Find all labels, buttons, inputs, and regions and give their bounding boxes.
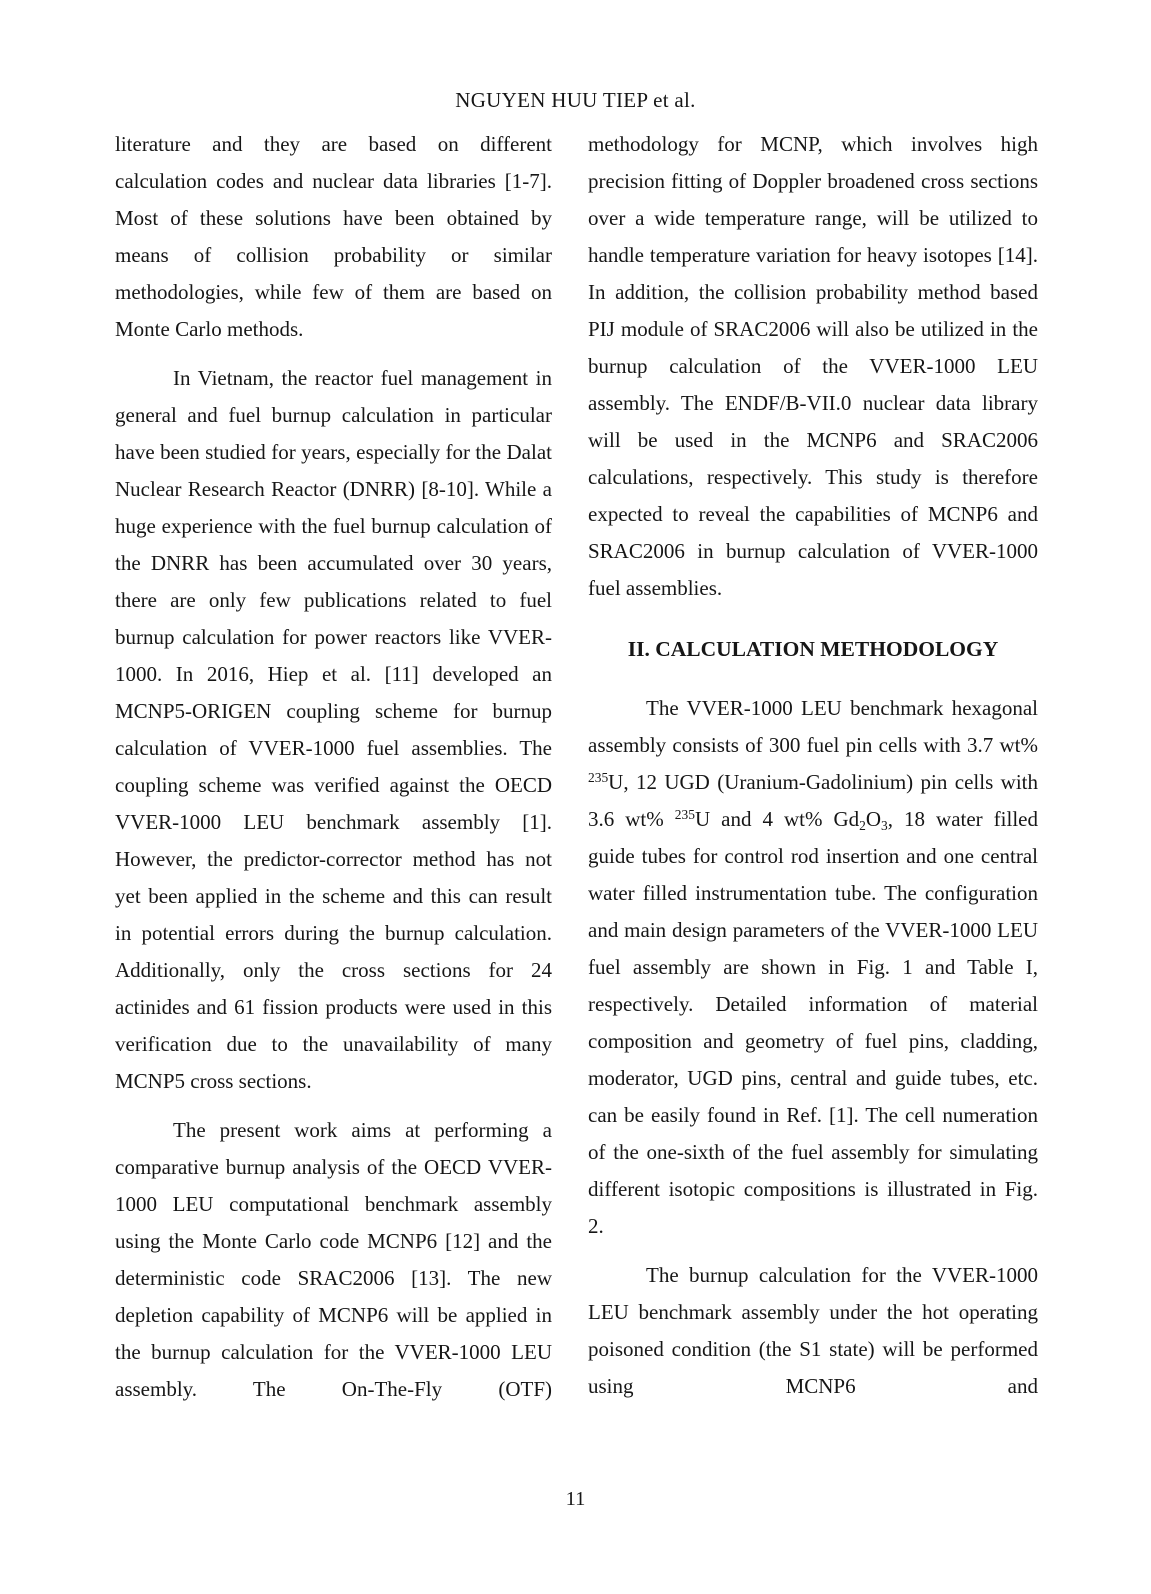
paragraph-burnup-calculation: The burnup calculation for the VVER-1000… bbox=[588, 1257, 1038, 1405]
paragraph-intro-continued: literature and they are based on differe… bbox=[115, 126, 552, 348]
paragraph-otf-continued: methodology for MCNP, which involves hig… bbox=[588, 126, 1038, 607]
left-column: literature and they are based on differe… bbox=[115, 126, 552, 1420]
paragraph-vietnam-background: In Vietnam, the reactor fuel management … bbox=[115, 360, 552, 1100]
paper-page: NGUYEN HUU TIEP et al. literature and th… bbox=[0, 0, 1151, 1594]
paragraph-benchmark-description: The VVER-1000 LEU benchmark hexagonal as… bbox=[588, 690, 1038, 1245]
paragraph-present-work: The present work aims at performing a co… bbox=[115, 1112, 552, 1408]
page-number: 11 bbox=[0, 1488, 1151, 1511]
right-column: methodology for MCNP, which involves hig… bbox=[588, 126, 1038, 1420]
running-header: NGUYEN HUU TIEP et al. bbox=[0, 88, 1151, 113]
two-column-body: literature and they are based on differe… bbox=[115, 126, 1038, 1420]
section-heading-calculation-methodology: II. CALCULATION METHODOLOGY bbox=[588, 631, 1038, 668]
